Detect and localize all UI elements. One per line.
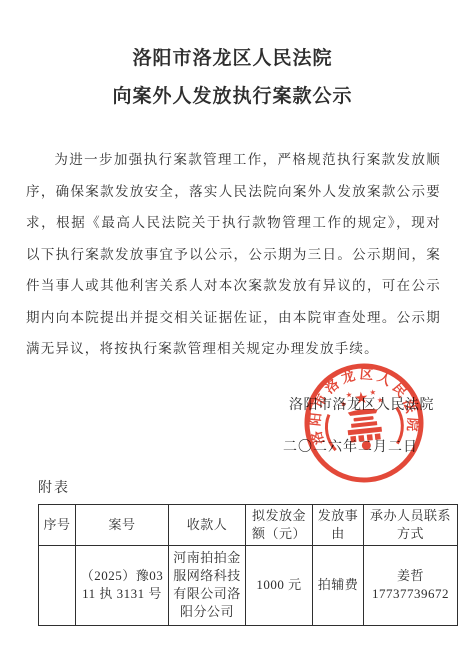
table-header-row: 序号 案号 收款人 拟发放金额（元） 发放事由 承办人员联系方式 [39, 504, 458, 545]
header-payee: 收款人 [169, 504, 246, 545]
cell-contact: 姜哲 17737739672 [364, 545, 458, 625]
attachment-label: 附表 [38, 477, 465, 497]
header-contact: 承办人员联系方式 [364, 504, 458, 545]
page-title-subject: 向案外人发放执行案款公示 [0, 78, 465, 116]
cell-reason: 拍辅费 [313, 545, 364, 625]
contact-phone: 17737739672 [367, 585, 454, 603]
case-funds-table: 序号 案号 收款人 拟发放金额（元） 发放事由 承办人员联系方式 （2025）豫… [38, 504, 458, 626]
signature-block: 洛阳市洛龙区人民法院 二〇二六年二月二日 [0, 391, 465, 463]
contact-name: 姜哲 [367, 567, 454, 585]
page-title-court: 洛阳市洛龙区人民法院 [0, 40, 465, 78]
cell-seq [39, 545, 76, 625]
header-seq: 序号 [39, 504, 76, 545]
notice-body-paragraph: 为进一步加强执行案款管理工作，严格规范执行案款发放顺序，确保案款发放安全，落实人… [26, 144, 441, 365]
cell-case-no: （2025）豫0311 执 3131 号 [76, 545, 169, 625]
header-case-no: 案号 [76, 504, 169, 545]
signature-date: 二〇二六年二月二日 [0, 433, 465, 463]
table-row: （2025）豫0311 执 3131 号 河南拍拍金服网络科技有限公司洛阳分公司… [39, 545, 458, 625]
header-reason: 发放事由 [313, 504, 364, 545]
document-title: 洛阳市洛龙区人民法院 向案外人发放执行案款公示 [0, 0, 465, 116]
notice-document: 洛阳市洛龙区人民法院 向案外人发放执行案款公示 为进一步加强执行案款管理工作，严… [0, 0, 465, 645]
cell-amount: 1000 元 [246, 545, 313, 625]
header-amount: 拟发放金额（元） [246, 504, 313, 545]
signature-court-name: 洛阳市洛龙区人民法院 [0, 391, 465, 421]
cell-payee: 河南拍拍金服网络科技有限公司洛阳分公司 [169, 545, 246, 625]
